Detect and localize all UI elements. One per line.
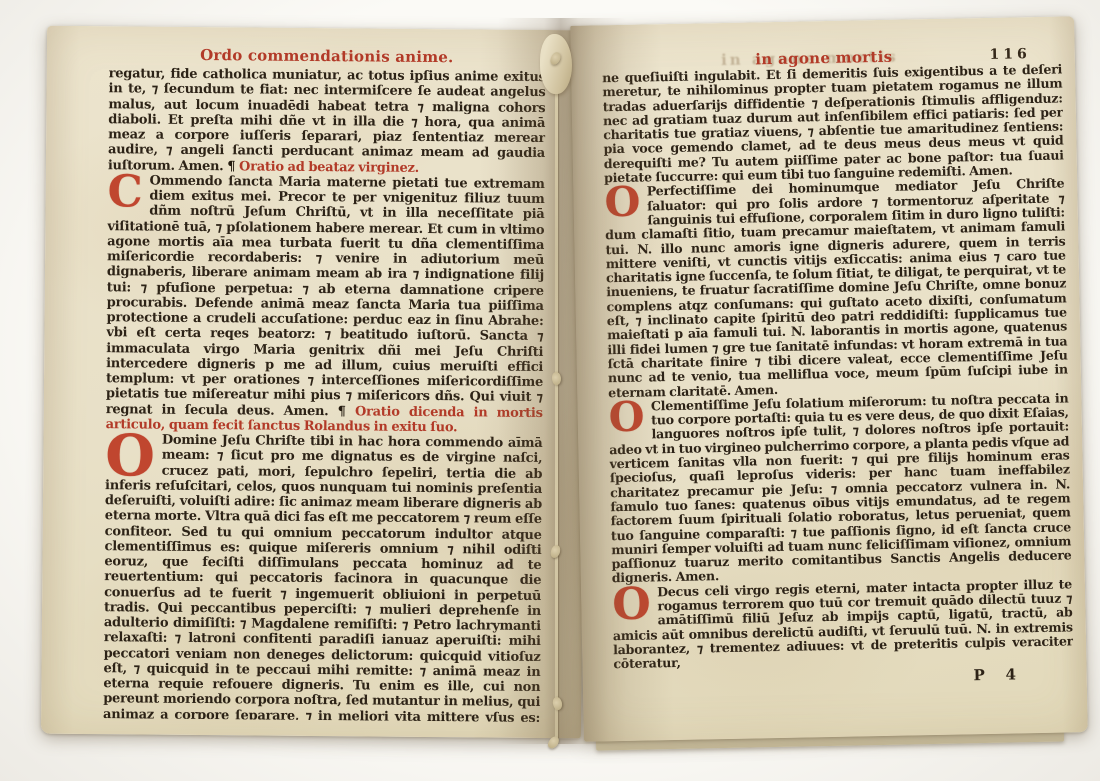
drop-cap-initial: C [108,175,143,209]
paragraph-text: Domine Jeſu Chriſte tibi in hac hora com… [103,433,542,722]
left-text-column: regatur, fide catholica muniatur, ac tot… [103,66,546,722]
prayer-paragraph: ne queſiuiſti ingulabit. Et ſi demeritis… [602,62,1064,185]
drop-cap-initial: O [604,187,640,219]
pilcrow-mark: ¶ [338,404,346,419]
paragraph-text: ne queſiuiſti ingulabit. Et ſi demeritis… [602,62,1064,185]
paragraph-text: Decus celi virgo regis eterni, mater int… [613,576,1073,671]
drop-cap-initial: O [612,587,651,621]
prayer-paragraph: regatur, fide catholica muniatur, ac tot… [108,66,546,177]
paragraph-text: Perfectiſſime dei hominumque mediator Je… [605,176,1068,400]
prayer-paragraph: OPerfectiſſime dei hominumque mediator J… [604,177,1068,400]
prayer-paragraph: ODecus celi virgo regis eterni, mater in… [612,577,1074,672]
drop-cap-initial: O [608,401,644,433]
rubric-heading: Oratio ad beataz virginez. [239,159,419,176]
running-title-left: Ordo commendationis anime. [109,45,545,67]
left-page: Ordo commendationis anime. regatur, fide… [41,26,587,739]
prayer-paragraph: ODomine Jeſu Chriſte tibi in hac hora co… [103,432,542,722]
prayer-paragraph: OClementiſſime Jeſu ſolatium miſerorum: … [608,391,1071,586]
binding-thread [555,42,558,742]
prayer-paragraph: COmmendo ſancta Maria materne pietati tu… [106,173,545,436]
paragraph-text: regatur, fide catholica muniatur, ac tot… [108,66,546,174]
right-text-column: ne queſiuiſti ingulabit. Et ſi demeritis… [602,62,1074,725]
paragraph-text: Ommendo ſancta Maria materne pietati tue… [106,173,545,418]
right-page: in agone mortis in agone mortis 116 ne q… [570,16,1088,742]
folio-number: 116 [989,46,1031,63]
pilcrow-mark: ¶ [227,159,235,174]
paragraph-text: Clementiſſime Jeſu ſolatium miſerorum: t… [609,390,1071,585]
drop-cap-initial: O [105,434,155,478]
